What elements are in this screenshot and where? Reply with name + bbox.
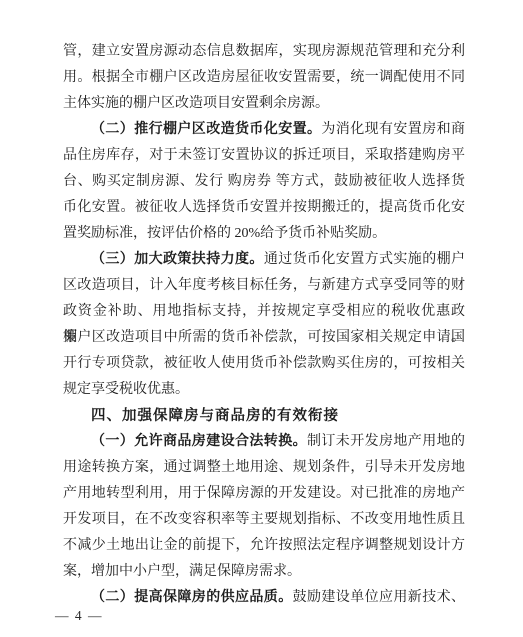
text-line: 用。根据全市棚户区改造房屋征收安置需要，统一调配使用不同 — [63, 65, 465, 91]
text-line: 主体实施的棚户区改造项目安置剩余房源。 — [63, 91, 465, 117]
paragraph-lead-bold: （三）加大政策扶持力度。 — [91, 252, 264, 267]
text-line: 开行专项贷款，被征收人使用货币补偿款购买住房的，可按相关 — [63, 351, 465, 377]
page-number: — 4 — — [55, 606, 103, 626]
text-line: 产用地转型利用，用于保障房源的开发建设。对已批准的房地产 — [63, 481, 465, 507]
text-line: 台、购买定制房源、发行 购房券 等方式，鼓励被征收人选择货 — [63, 169, 465, 195]
paragraph-lead-line: （一）允许商品房建设合法转换。制订未开发房地产用地的 — [63, 429, 465, 455]
text-line: 棚户区改造项目中所需的货币补偿款，可按国家相关规定申请国 — [63, 325, 465, 351]
document-page: 管，建立安置房源动态信息数据库，实现房源规范管理和充分利用。根据全市棚户区改造房… — [0, 0, 523, 637]
text-line: 置奖励标准，按评估价格的 20%给予货币补贴奖励。 — [63, 221, 465, 247]
text-line: 管，建立安置房源动态信息数据库，实现房源规范管理和充分利 — [63, 39, 465, 65]
text-line: 用途转换方案，通过调整土地用途、规划条件，引导未开发房地 — [63, 455, 465, 481]
text-line: 品住房库存，对于未签订安置协议的拆迁项目，采取搭建购房平 — [63, 143, 465, 169]
text-line: 政资金补助、用地指标支持，并按规定享受相应的税收优惠政策。 — [63, 299, 465, 325]
paragraph-lead-bold: （一）允许商品房建设合法转换。 — [91, 434, 307, 449]
text-line: 规定享受税收优惠。 — [63, 377, 465, 403]
text-line: 案，增加中小户型，满足保障房需求。 — [63, 559, 465, 585]
paragraph-lead-line: （三）加大政策扶持力度。通过货币化安置方式实施的棚户 — [63, 247, 465, 273]
section-heading: 四、加强保障房与商品房的有效衔接 — [63, 403, 465, 429]
paragraph-lead-line: （二）推行棚户区改造货币化安置。为消化现有安置房和商 — [63, 117, 465, 143]
paragraph-lead-bold: （二）提高保障房的供应品质。 — [91, 590, 293, 605]
paragraph-lead-bold: （二）推行棚户区改造货币化安置。 — [91, 122, 321, 137]
text-line: 区改造项目，计入年度考核目标任务，与新建方式享受同等的财 — [63, 273, 465, 299]
document-body: 管，建立安置房源动态信息数据库，实现房源规范管理和充分利用。根据全市棚户区改造房… — [63, 39, 465, 611]
text-line: 币化安置。被征收人选择货币安置并按期搬迁的，提高货币化安 — [63, 195, 465, 221]
text-line: 开发项目，在不改变容积率等主要规划指标、不改变用地性质且 — [63, 507, 465, 533]
paragraph-lead-line: （二）提高保障房的供应品质。鼓励建设单位应用新技术、 — [63, 585, 465, 611]
text-line: 不减少土地出让金的前提下，允许按照法定程序调整规划设计方 — [63, 533, 465, 559]
